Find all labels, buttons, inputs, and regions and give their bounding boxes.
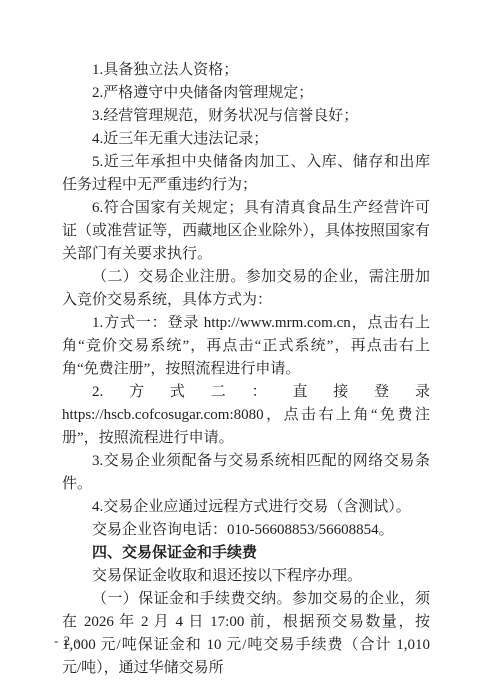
doc-paragraph-method-2: 2.方式二：直接登录 https://hscb.cofcosugar.com:8… [62,381,430,450]
doc-paragraph-deposit-procedure: 交易保证金收取和退还按以下程序办理。 [62,565,430,588]
doc-paragraph-item-3: 3.经营管理规范，财务状况与信誉良好； [62,105,430,128]
doc-paragraph-item-2: 2.严格遵守中央储备肉管理规定； [62,82,430,105]
doc-paragraph-item-1: 1.具备独立法人资格； [62,59,430,82]
doc-paragraph-section-2-intro: （二）交易企业注册。参加交易的企业，需注册加入竞价交易系统，具体方式为： [62,266,430,312]
doc-paragraph-contact-phone: 交易企业咨询电话：010-56608853/56608854。 [62,519,430,542]
section-heading-deposit-and-fees: 四、交易保证金和手续费 [62,542,430,565]
doc-paragraph-network-requirement: 3.交易企业须配备与交易系统相匹配的网络交易条件。 [62,450,430,496]
doc-paragraph-item-5: 5.近三年承担中央储备肉加工、入库、储存和出库任务过程中无严重违约行为； [62,151,430,197]
doc-paragraph-item-4: 4.近三年无重大违法记录； [62,128,430,151]
document-body: 1.具备独立法人资格； 2.严格遵守中央储备肉管理规定； 3.经营管理规范，财务… [62,59,430,680]
doc-paragraph-deposit-payment: （一）保证金和手续费交纳。参加交易的企业，须在 2026 年 2 月 4 日 1… [62,588,430,680]
document-page: 1.具备独立法人资格； 2.严格遵守中央储备肉管理规定； 3.经营管理规范，财务… [0,0,494,700]
doc-paragraph-item-6: 6.符合国家有关规定；具有清真食品生产经营许可证（或准营证等，西藏地区企业除外）… [62,197,430,266]
page-number: - 2 - [54,633,81,649]
doc-paragraph-method-1: 1.方式一：登录 http://www.mrm.com.cn，点击右上角“竞价交… [62,312,430,381]
doc-paragraph-remote-trading: 4.交易企业应通过远程方式进行交易（含测试）。 [62,496,430,519]
